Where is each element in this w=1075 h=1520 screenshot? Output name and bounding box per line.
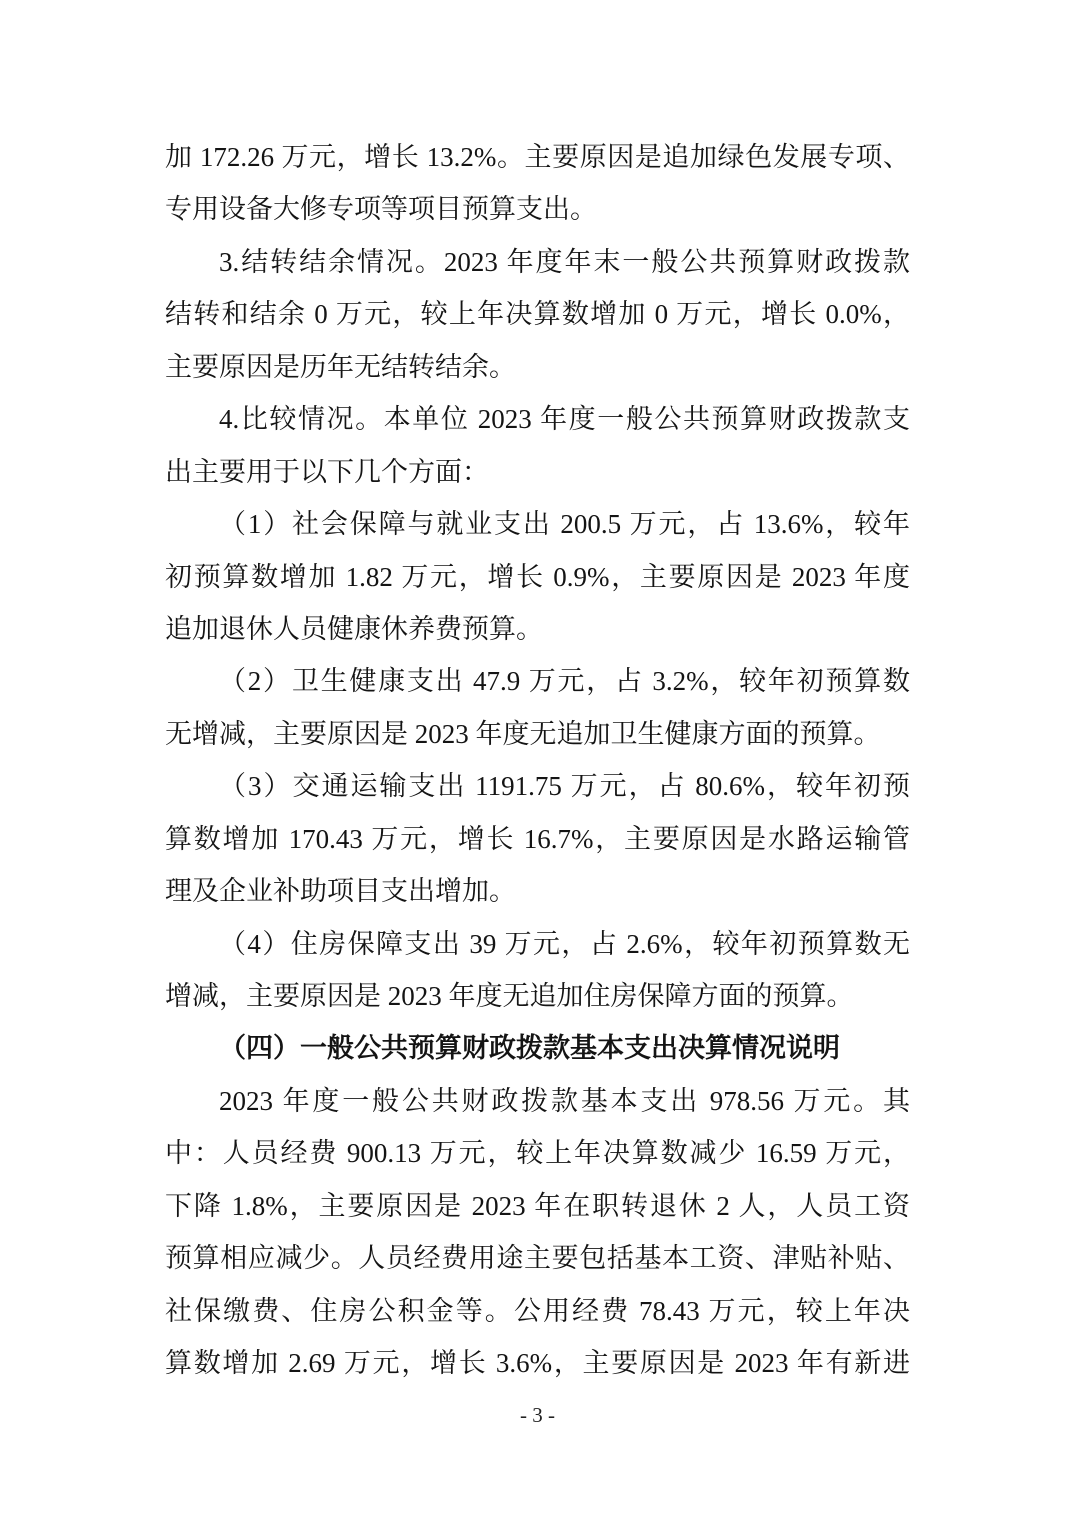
- text-line: 出主要用于以下几个方面：: [165, 446, 910, 498]
- text-line: 4.比较情况。本单位 2023 年度一般公共预算财政拨款支: [165, 393, 910, 445]
- page-number: - 3 -: [0, 1400, 1075, 1430]
- text-line: 中：人员经费 900.13 万元，较上年决算数减少 16.59 万元，: [165, 1127, 910, 1179]
- text-line: 社保缴费、住房公积金等。公用经费 78.43 万元，较上年决: [165, 1285, 910, 1337]
- text-line: 追加退休人员健康休养费预算。: [165, 603, 910, 655]
- text-line: （2）卫生健康支出 47.9 万元，占 3.2%，较年初预算数: [165, 655, 910, 707]
- text-line: 3.结转结余情况。2023 年度年末一般公共预算财政拨款: [165, 236, 910, 288]
- document-page: 加 172.26 万元，增长 13.2%。主要原因是追加绿色发展专项、专用设备大…: [0, 0, 1075, 1520]
- text-line: （4）住房保障支出 39 万元，占 2.6%，较年初预算数无: [165, 918, 910, 970]
- text-block: 加 172.26 万元，增长 13.2%。主要原因是追加绿色发展专项、专用设备大…: [165, 131, 910, 1390]
- text-line: 初预算数增加 1.82 万元，增长 0.9%，主要原因是 2023 年度: [165, 551, 910, 603]
- text-line: 预算相应减少。人员经费用途主要包括基本工资、津贴补贴、: [165, 1232, 910, 1284]
- text-line: 增减，主要原因是 2023 年度无追加住房保障方面的预算。: [165, 970, 910, 1022]
- text-line: 算数增加 170.43 万元，增长 16.7%，主要原因是水路运输管: [165, 813, 910, 865]
- text-line: 无增减，主要原因是 2023 年度无追加卫生健康方面的预算。: [165, 708, 910, 760]
- text-line: 专用设备大修专项等项目预算支出。: [165, 183, 910, 235]
- text-line: 下降 1.8%，主要原因是 2023 年在职转退休 2 人，人员工资: [165, 1180, 910, 1232]
- text-line: （1）社会保障与就业支出 200.5 万元，占 13.6%，较年: [165, 498, 910, 550]
- text-line: 加 172.26 万元，增长 13.2%。主要原因是追加绿色发展专项、: [165, 131, 910, 183]
- text-line: （3）交通运输支出 1191.75 万元，占 80.6%，较年初预: [165, 760, 910, 812]
- text-line: 2023 年度一般公共财政拨款基本支出 978.56 万元。其: [165, 1075, 910, 1127]
- text-line: 主要原因是历年无结转结余。: [165, 341, 910, 393]
- text-line: 理及企业补助项目支出增加。: [165, 865, 910, 917]
- text-line: （四）一般公共预算财政拨款基本支出决算情况说明: [165, 1022, 910, 1074]
- text-line: 算数增加 2.69 万元，增长 3.6%，主要原因是 2023 年有新进: [165, 1337, 910, 1389]
- text-line: 结转和结余 0 万元，较上年决算数增加 0 万元，增长 0.0%，: [165, 288, 910, 340]
